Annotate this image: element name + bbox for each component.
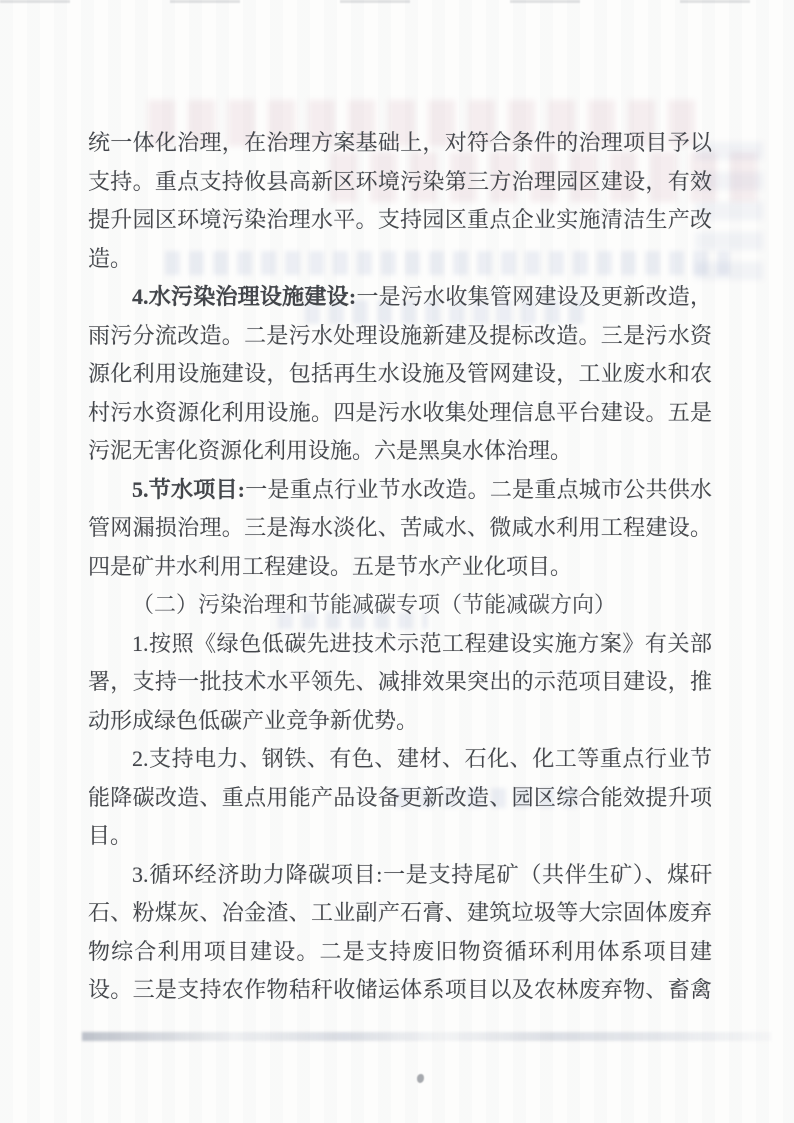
text-line: 3.循环经济助力降碳项目:一是支持尾矿（共伴生矿）、煤矸 bbox=[88, 856, 712, 895]
text-line: 统一体化治理，在治理方案基础上，对符合条件的治理项目予以 bbox=[88, 124, 712, 163]
text-run: 支持。重点支持攸县高新区环境污染第三方治理园区建设，有效 bbox=[88, 169, 712, 194]
text-line: 设。三是支持农作物秸秆收储运体系项目以及农林废弃物、畜禽 bbox=[88, 971, 712, 1010]
text-line: 4.水污染治理设施建设:一是污水收集管网建设及更新改造， bbox=[88, 278, 712, 317]
text-run: 雨污分流改造。二是污水处理设施新建及提标改造。三是污水资 bbox=[88, 323, 712, 348]
text-run: 1.按照《绿色低碳先进技术示范工程建设实施方案》有关部 bbox=[132, 631, 712, 656]
text-run: 一是污水收集管网建设及更新改造， bbox=[356, 284, 712, 309]
text-run: 署，支持一批技术水平领先、减排效果突出的示范项目建设，推 bbox=[88, 669, 712, 694]
ink-speck-artifact bbox=[417, 1074, 424, 1083]
text-line: 5.节水项目:一是重点行业节水改造。二是重点城市公共供水 bbox=[88, 471, 712, 510]
text-line: 雨污分流改造。二是污水处理设施新建及提标改造。三是污水资 bbox=[88, 317, 712, 356]
text-line: 动形成绿色低碳产业竞争新优势。 bbox=[88, 702, 712, 741]
scan-edge-artifact bbox=[0, 0, 794, 3]
text-line: 支持。重点支持攸县高新区环境污染第三方治理园区建设，有效 bbox=[88, 163, 712, 202]
text-run: 物综合利用项目建设。二是支持废旧物资循环利用体系项目建 bbox=[88, 939, 712, 964]
paragraph-lead-label: 4.水污染治理设施建设: bbox=[132, 284, 356, 309]
text-run: （二）污染治理和节能减碳专项（节能减碳方向） bbox=[132, 592, 616, 617]
text-line: 2.支持电力、钢铁、有色、建材、石化、化工等重点行业节 bbox=[88, 740, 712, 779]
text-line: 能降碳改造、重点用能产品设备更新改造、园区综合能效提升项 bbox=[88, 779, 712, 818]
text-line: 提升园区环境污染治理水平。支持园区重点企业实施清洁生产改 bbox=[88, 201, 712, 240]
text-line: 石、粉煤灰、冶金渣、工业副产石膏、建筑垃圾等大宗固体废弃 bbox=[88, 894, 712, 933]
text-run: 污泥无害化资源化利用设施。六是黑臭水体治理。 bbox=[88, 438, 572, 463]
text-run: 能降碳改造、重点用能产品设备更新改造、园区综合能效提升项 bbox=[88, 785, 712, 810]
text-line: 物综合利用项目建设。二是支持废旧物资循环利用体系项目建 bbox=[88, 933, 712, 972]
text-line: 管网漏损治理。三是海水淡化、苦咸水、微咸水利用工程建设。 bbox=[88, 509, 712, 548]
text-line: 四是矿井水利用工程建设。五是节水产业化项目。 bbox=[88, 548, 712, 587]
paragraph-lead-label: 5.节水项目: bbox=[132, 477, 245, 502]
text-line: 污泥无害化资源化利用设施。六是黑臭水体治理。 bbox=[88, 432, 712, 471]
text-line: 目。 bbox=[88, 817, 712, 856]
text-run: 提升园区环境污染治理水平。支持园区重点企业实施清洁生产改 bbox=[88, 207, 712, 232]
document-body: 统一体化治理，在治理方案基础上，对符合条件的治理项目予以支持。重点支持攸县高新区… bbox=[88, 124, 712, 1010]
text-run: 管网漏损治理。三是海水淡化、苦咸水、微咸水利用工程建设。 bbox=[88, 515, 712, 540]
section-heading: （二）污染治理和节能减碳专项（节能减碳方向） bbox=[88, 586, 712, 625]
text-run: 统一体化治理，在治理方案基础上，对符合条件的治理项目予以 bbox=[88, 130, 712, 155]
text-run: 目。 bbox=[88, 823, 132, 848]
text-line: 1.按照《绿色低碳先进技术示范工程建设实施方案》有关部 bbox=[88, 625, 712, 664]
text-run: 设。三是支持农作物秸秆收储运体系项目以及农林废弃物、畜禽 bbox=[88, 977, 712, 1002]
scan-streak-artifact bbox=[82, 1032, 772, 1041]
text-line: 署，支持一批技术水平领先、减排效果突出的示范项目建设，推 bbox=[88, 663, 712, 702]
text-run: 四是矿井水利用工程建设。五是节水产业化项目。 bbox=[88, 554, 572, 579]
text-run: 村污水资源化利用设施。四是污水收集处理信息平台建设。五是 bbox=[88, 400, 712, 425]
text-run: 3.循环经济助力降碳项目:一是支持尾矿（共伴生矿）、煤矸 bbox=[132, 862, 712, 887]
text-run: 石、粉煤灰、冶金渣、工业副产石膏、建筑垃圾等大宗固体废弃 bbox=[88, 900, 712, 925]
text-line: 村污水资源化利用设施。四是污水收集处理信息平台建设。五是 bbox=[88, 394, 712, 433]
document-page: 统一体化治理，在治理方案基础上，对符合条件的治理项目予以支持。重点支持攸县高新区… bbox=[0, 0, 794, 1123]
text-run: 2.支持电力、钢铁、有色、建材、石化、化工等重点行业节 bbox=[132, 746, 712, 771]
text-run: 一是重点行业节水改造。二是重点城市公共供水 bbox=[245, 477, 712, 502]
text-run: 源化利用设施建设，包括再生水设施及管网建设，工业废水和农 bbox=[88, 361, 712, 386]
text-run: 动形成绿色低碳产业竞争新优势。 bbox=[88, 708, 418, 733]
text-line: 造。 bbox=[88, 240, 712, 279]
text-run: 造。 bbox=[88, 246, 132, 271]
text-line: 源化利用设施建设，包括再生水设施及管网建设，工业废水和农 bbox=[88, 355, 712, 394]
